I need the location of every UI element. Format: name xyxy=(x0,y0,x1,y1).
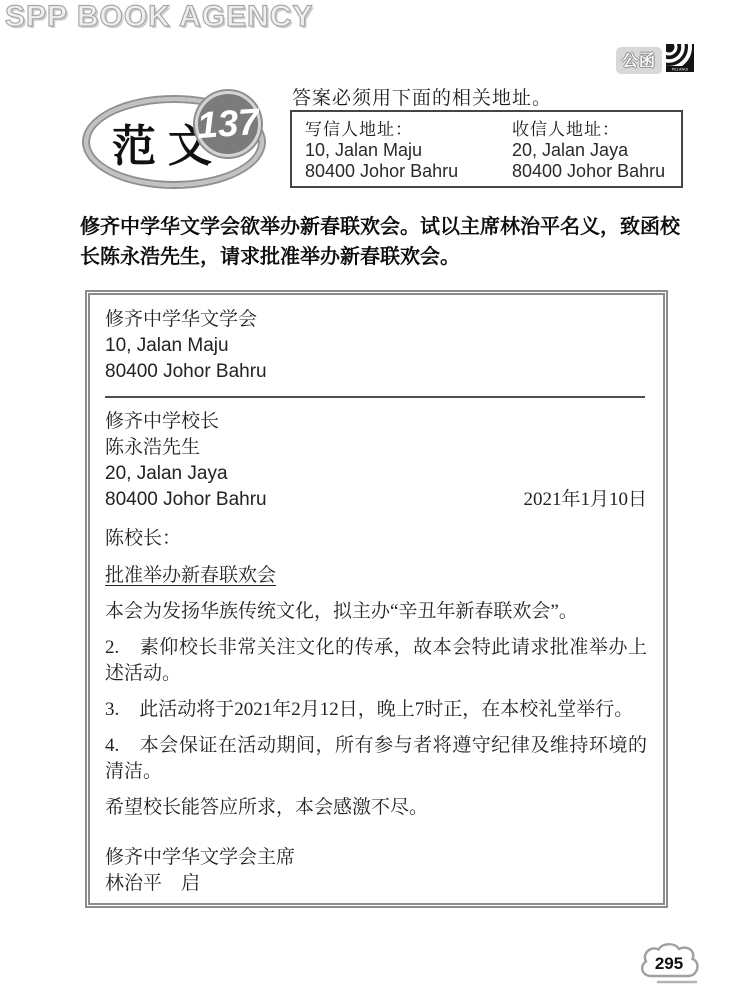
recipient-address: 收信人地址： 20, Jalan Jaya 80400 Johor Bahru xyxy=(512,119,681,186)
paragraph-text: 希望校长能答应所求，本会感激不尽。 xyxy=(105,797,428,818)
paragraph-text: 此活动将于2021年2月12日，晚上7时正，在本校礼堂举行。 xyxy=(139,699,633,720)
letter-recipient-line: 20, Jalan Jaya xyxy=(105,461,647,487)
sample-letter-badge: 范文 137 xyxy=(84,95,274,191)
signature-name: 林治平 启 xyxy=(105,871,647,897)
letter-paragraph: 3.此活动将于2021年2月12日，晚上7时正，在本校礼堂举行。 xyxy=(105,697,647,723)
letter-paragraph: 本会为发扬华族传统文化，拟主办“辛丑年新春联欢会”。 xyxy=(105,599,647,625)
category-badge: 公函 xyxy=(616,47,662,74)
letter-paragraph: 4.本会保证在活动期间，所有参与者将遵守纪律及维持环境的清洁。 xyxy=(105,733,647,785)
letter-subject: 批准举办新春联欢会 xyxy=(105,563,276,589)
exercise-prompt: 修齐中学华文学会欲举办新春联欢会。试以主席林治平名义，致函校长陈永浩先生，请求批… xyxy=(80,212,680,272)
page-number: 295 xyxy=(655,954,683,973)
paragraph-number: 3. xyxy=(105,699,119,720)
sender-address-label: 写信人地址： xyxy=(305,119,512,140)
signature-title: 修齐中学华文学会主席 xyxy=(105,845,647,871)
paragraph-number: 4. xyxy=(105,735,119,756)
paragraph-text: 素仰校长非常关注文化的传承，故本会特此请求批准举办上述活动。 xyxy=(105,637,647,684)
sample-letter-box: 修齐中学华文学会 10, Jalan Maju 80400 Johor Bahr… xyxy=(85,290,668,908)
letter-sender-line: 80400 Johor Bahru xyxy=(105,359,647,385)
paragraph-text: 本会保证在活动期间，所有参与者将遵守纪律及维持环境的清洁。 xyxy=(105,735,647,782)
letter-salutation: 陈校长： xyxy=(105,526,647,552)
separator-line xyxy=(105,396,645,398)
recipient-address-label: 收信人地址： xyxy=(512,119,681,140)
sender-address-line: 80400 Johor Bahru xyxy=(305,161,512,182)
letter-recipient-line: 修齐中学校长 xyxy=(105,409,647,435)
paragraph-text: 本会为发扬华族传统文化，拟主办“辛丑年新春联欢会”。 xyxy=(105,601,578,622)
publisher-logo-text: PELANGI xyxy=(672,68,688,72)
letter-sender-line: 修齐中学华文学会 xyxy=(105,307,647,333)
letter-recipient-line: 80400 Johor Bahru xyxy=(105,487,267,513)
paragraph-number: 2. xyxy=(105,637,119,658)
recipient-address-line: 20, Jalan Jaya xyxy=(512,140,681,161)
sender-address: 写信人地址： 10, Jalan Maju 80400 Johor Bahru xyxy=(305,119,512,186)
letter-sender-line: 10, Jalan Maju xyxy=(105,333,647,359)
textbook-page: { "watermark": "SPP BOOK AGENCY", "heade… xyxy=(0,0,750,1005)
address-note: 答案必须用下面的相关地址。 xyxy=(292,83,552,110)
letter-signature-block: 修齐中学华文学会主席 林治平 启 xyxy=(105,845,647,897)
publisher-watermark: SPP BOOK AGENCY xyxy=(5,0,313,34)
recipient-address-line: 80400 Johor Bahru xyxy=(512,161,681,182)
letter-date: 2021年1月10日 xyxy=(523,487,647,513)
page-number-cloud: 295 xyxy=(636,940,708,988)
letter-dateline: 80400 Johor Bahru 2021年1月10日 xyxy=(105,487,647,513)
letter-paragraph: 希望校长能答应所求，本会感激不尽。 xyxy=(105,795,647,821)
letter-sender-block: 修齐中学华文学会 10, Jalan Maju 80400 Johor Bahr… xyxy=(105,307,647,385)
publisher-logo-icon: PELANGI xyxy=(666,44,694,72)
letter-recipient-line: 陈永浩先生 xyxy=(105,435,647,461)
letter-paragraph: 2.素仰校长非常关注文化的传承，故本会特此请求批准举办上述活动。 xyxy=(105,635,647,687)
letter-recipient-block: 修齐中学校长 陈永浩先生 20, Jalan Jaya 80400 Johor … xyxy=(105,409,647,513)
address-table: 写信人地址： 10, Jalan Maju 80400 Johor Bahru … xyxy=(290,110,683,188)
sender-address-line: 10, Jalan Maju xyxy=(305,140,512,161)
